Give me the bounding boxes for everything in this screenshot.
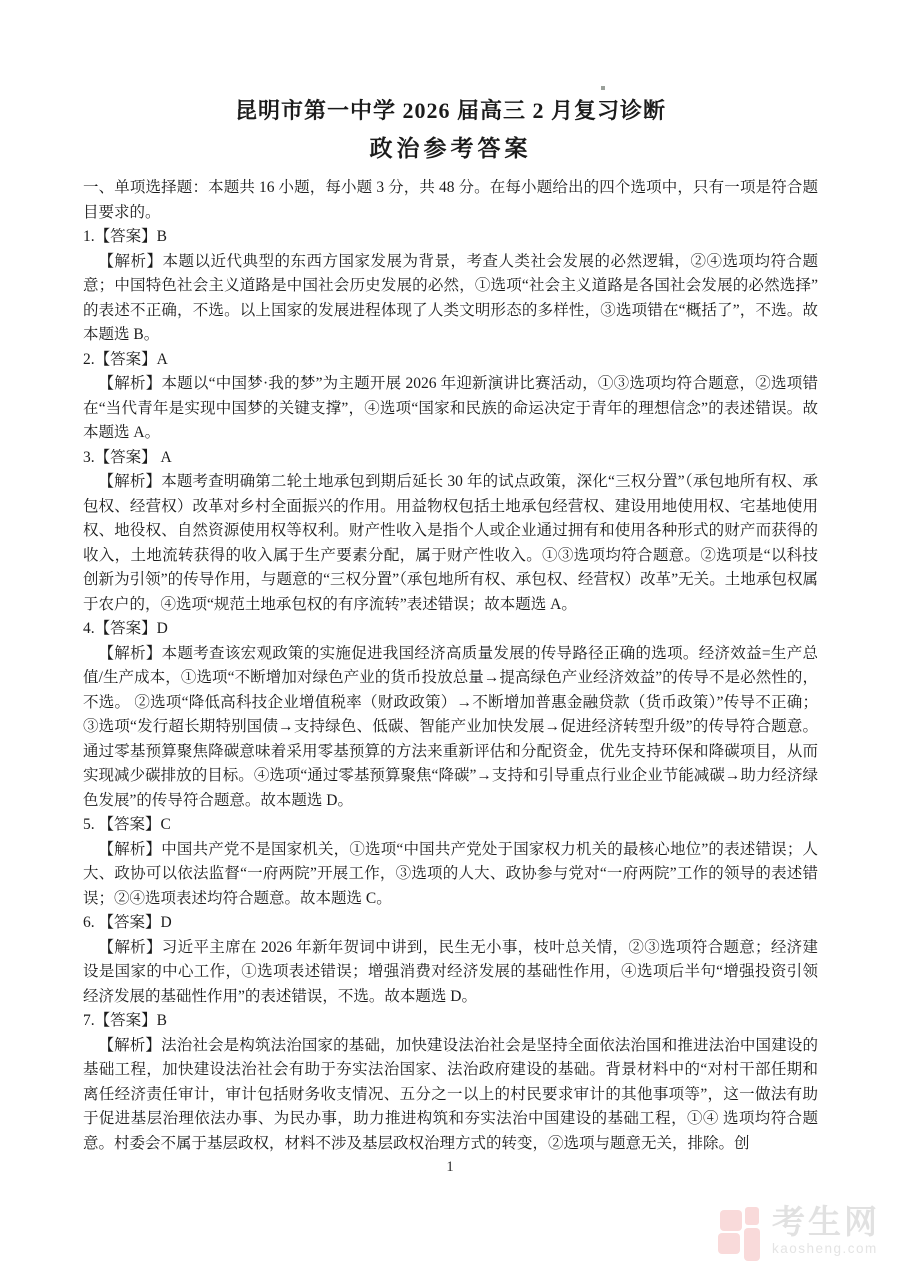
watermark-domain: kaosheng.com — [772, 1241, 880, 1257]
question-answer-line: 7.【答案】B — [83, 1009, 818, 1034]
question-number: 7. — [83, 1012, 95, 1029]
question-analysis: 【解析】习近平主席在 2026 年新年贺词中讲到，民生无小事，枝叶总关情，②③选… — [83, 936, 818, 1010]
question-item: 4.【答案】D 【解析】本题考查该宏观政策的实施促进我国经济高质量发展的传导路径… — [83, 617, 818, 813]
question-analysis: 【解析】本题考查该宏观政策的实施促进我国经济高质量发展的传导路径正确的选项。经济… — [83, 642, 818, 814]
stray-dot — [601, 86, 605, 90]
question-number: 5. — [83, 816, 99, 833]
question-number: 1. — [83, 228, 95, 245]
question-answer-line: 6. 【答案】D — [83, 911, 818, 936]
question-item: 1.【答案】B 【解析】本题以近代典型的东西方国家发展为背景，考查人类社会发展的… — [83, 225, 818, 348]
question-answer-line: 3.【答案】 A — [83, 446, 818, 471]
kaosheng-logo-icon — [718, 1207, 761, 1262]
document-page: 昆明市第一中学 2026 届高三 2 月复习诊断 政治参考答案 一、单项选择题：… — [0, 0, 900, 1273]
question-answer-line: 1.【答案】B — [83, 225, 818, 250]
answer-label: 【答案】 — [95, 228, 157, 245]
question-item: 7.【答案】B 【解析】法治社会是构筑法治国家的基础，加快建设法治社会是坚持全面… — [83, 1009, 818, 1156]
answer-label: 【答案】 — [99, 914, 161, 931]
answer-label: 【答案】 — [95, 1012, 157, 1029]
kaosheng-watermark: 考生网 kaosheng.com — [718, 1205, 880, 1262]
question-answer-line: 5. 【答案】C — [83, 813, 818, 838]
question-item: 5. 【答案】C 【解析】中国共产党不是国家机关，①选项“中国共产党处于国家权力… — [83, 813, 818, 911]
question-analysis: 【解析】法治社会是构筑法治国家的基础，加快建设法治社会是坚持全面依法治国和推进法… — [83, 1034, 818, 1157]
document-subtitle: 政治参考答案 — [83, 134, 818, 164]
question-analysis: 【解析】中国共产党不是国家机关，①选项“中国共产党处于国家权力机关的最核心地位”… — [83, 838, 818, 912]
question-answer-line: 2.【答案】A — [83, 348, 818, 373]
question-item: 3.【答案】 A 【解析】本题考查明确第二轮土地承包到期后延长 30 年的试点政… — [83, 446, 818, 618]
answer-label: 【答案】 — [95, 449, 157, 466]
question-number: 6. — [83, 914, 99, 931]
question-analysis: 【解析】本题以近代典型的东西方国家发展为背景，考查人类社会发展的必然逻辑，②④选… — [83, 250, 818, 348]
question-number: 4. — [83, 620, 95, 637]
question-number: 3. — [83, 449, 95, 466]
question-analysis: 【解析】本题以“中国梦·我的梦”为主题开展 2026 年迎新演讲比赛活动，①③选… — [83, 372, 818, 446]
answer-label: 【答案】 — [95, 620, 157, 637]
question-analysis: 【解析】本题考查明确第二轮土地承包到期后延长 30 年的试点政策，深化“三权分置… — [83, 470, 818, 617]
answer-letter: A — [157, 449, 172, 466]
questions-list: 1.【答案】B 【解析】本题以近代典型的东西方国家发展为背景，考查人类社会发展的… — [83, 225, 818, 1156]
answer-letter: D — [157, 620, 168, 637]
answer-letter: B — [157, 228, 167, 245]
answer-label: 【答案】 — [95, 351, 157, 368]
answer-letter: D — [161, 914, 172, 931]
answer-letter: B — [157, 1012, 167, 1029]
page-number: 1 — [0, 1159, 900, 1176]
document-title: 昆明市第一中学 2026 届高三 2 月复习诊断 — [83, 97, 818, 125]
watermark-brand: 考生网 — [772, 1205, 880, 1239]
question-number: 2. — [83, 351, 95, 368]
question-item: 2.【答案】A 【解析】本题以“中国梦·我的梦”为主题开展 2026 年迎新演讲… — [83, 348, 818, 446]
answer-letter: C — [161, 816, 171, 833]
question-answer-line: 4.【答案】D — [83, 617, 818, 642]
answer-label: 【答案】 — [99, 816, 161, 833]
section-heading: 一、单项选择题：本题共 16 小题，每小题 3 分，共 48 分。在每小题给出的… — [83, 176, 818, 225]
answer-letter: A — [157, 351, 168, 368]
watermark-text: 考生网 kaosheng.com — [772, 1205, 880, 1257]
question-item: 6. 【答案】D 【解析】习近平主席在 2026 年新年贺词中讲到，民生无小事，… — [83, 911, 818, 1009]
